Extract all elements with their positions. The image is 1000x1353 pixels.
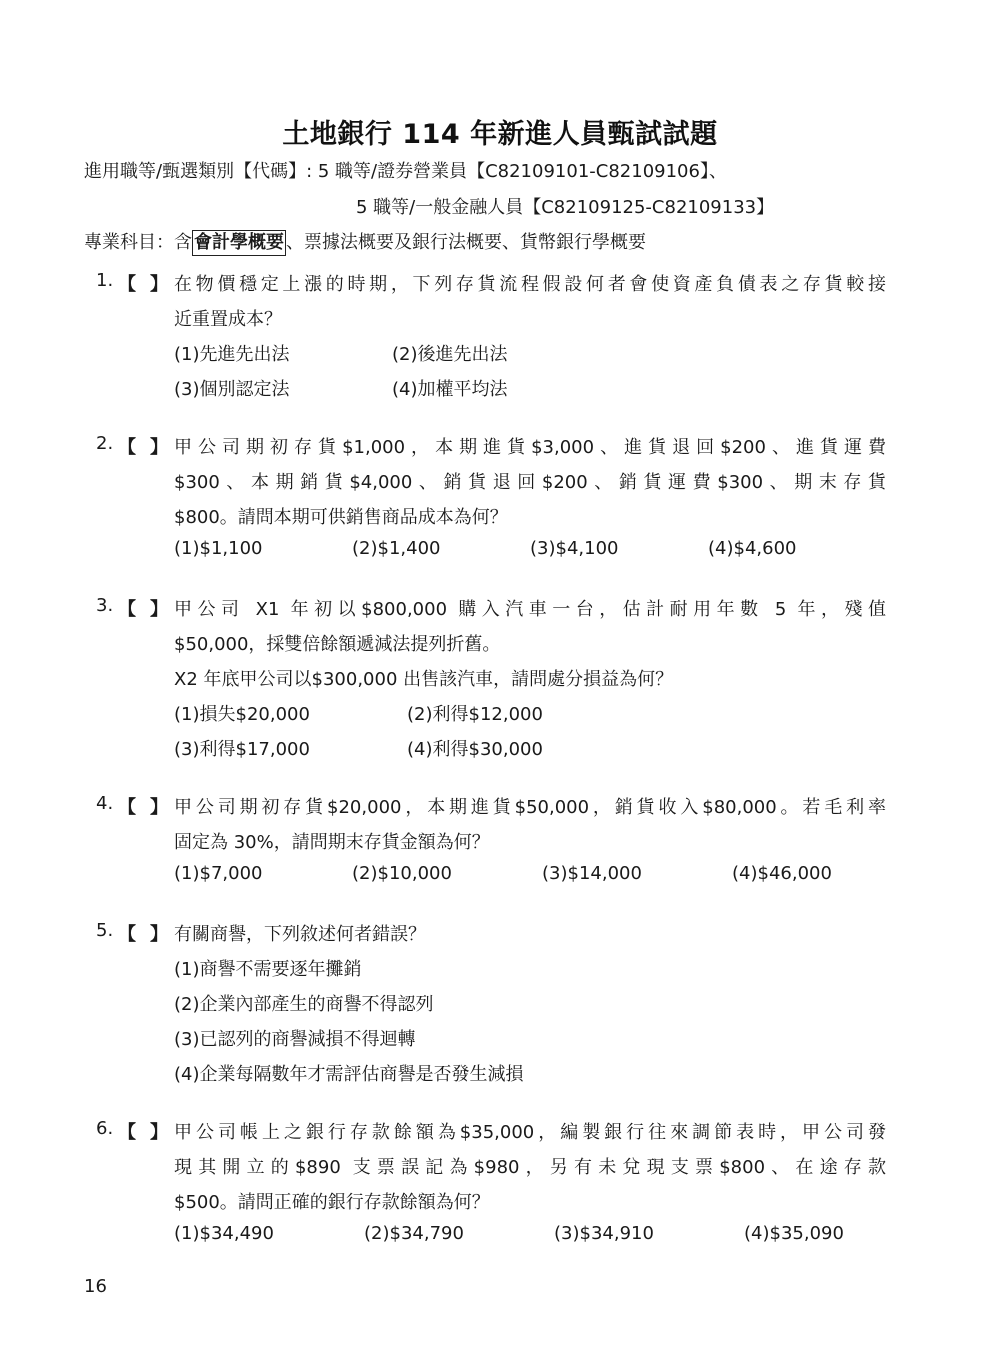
answer-blank[interactable]: 【】	[118, 433, 174, 459]
bracket-close: 】	[150, 595, 168, 621]
option-3: (3)$34,910	[554, 1223, 744, 1258]
question-number: 4.	[96, 793, 118, 814]
page-number: 16	[84, 1276, 107, 1297]
exam-page: 土地銀行 114 年新進人員甄試試題 進用職等/甄選類別【代碼】: 5 職等/證…	[0, 0, 1000, 1353]
bracket-open: 【	[118, 920, 136, 946]
question-text-line: 近重置成本？	[96, 305, 886, 340]
option-4: (4)$4,600	[708, 538, 796, 573]
option-3: (3)已認列的商譽減損不得迴轉	[96, 1025, 886, 1060]
question-text-line: 在物價穩定上漲的時期，下列存貨流程假設何者會使資產負債表之存貨較接	[174, 270, 886, 296]
question-text-line: X2 年底甲公司以$300,000 出售該汽車，請問處分損益為何？	[96, 665, 886, 700]
bracket-close: 】	[150, 1118, 168, 1144]
option-1: (1)$7,000	[174, 863, 352, 898]
bracket-close: 】	[150, 433, 168, 459]
option-2: (2)利得$12,000	[407, 700, 543, 735]
question-text-line: $300、本期銷貨$4,000、銷貨退回$200、銷貨運費$300、期末存貨	[96, 468, 886, 503]
category-line-1: 進用職等/甄選類別【代碼】: 5 職等/證券營業員【C82109101-C821…	[84, 157, 727, 183]
option-3: (3)$14,000	[542, 863, 732, 898]
category-line-2: 5 職等/一般金融人員【C82109125-C82109133】	[356, 193, 774, 219]
question-5: 5. 【】 有關商譽，下列敘述何者錯誤？ (1)商譽不需要逐年攤銷 (2)企業內…	[96, 920, 886, 1095]
question-number: 6.	[96, 1118, 118, 1139]
question-number: 1.	[96, 270, 118, 291]
option-4: (4)$35,090	[744, 1223, 844, 1258]
option-4: (4)利得$30,000	[407, 735, 543, 770]
question-1: 1. 【】 在物價穩定上漲的時期，下列存貨流程假設何者會使資產負債表之存貨較接 …	[96, 270, 886, 410]
question-6: 6. 【】 甲公司帳上之銀行存款餘額為$35,000，編製銀行往來調節表時，甲公…	[96, 1118, 886, 1258]
bracket-open: 【	[118, 595, 136, 621]
subject-prefix: 專業科目：含	[84, 232, 192, 253]
answer-blank[interactable]: 【】	[118, 595, 174, 621]
answer-blank[interactable]: 【】	[118, 793, 174, 819]
question-text-line: 甲公司期初存貨$1,000，本期進貨$3,000、進貨退回$200、進貨運費	[174, 433, 886, 459]
question-text-line: $50,000，採雙倍餘額遞減法提列折舊。	[96, 630, 886, 665]
subject-highlight-box: 會計學概要	[192, 230, 286, 256]
option-4: (4)加權平均法	[392, 375, 508, 410]
bracket-open: 【	[118, 793, 136, 819]
question-text-line: 固定為 30%，請問期末存貨金額為何？	[96, 828, 886, 863]
question-text-line: $800。請問本期可供銷售商品成本為何？	[96, 503, 886, 538]
option-3: (3)利得$17,000	[174, 735, 407, 770]
question-text-line: $500。請問正確的銀行存款餘額為何？	[96, 1188, 886, 1223]
question-text-line: 現其開立的$890 支票誤記為$980，另有未兌現支票$800、在途存款	[96, 1153, 886, 1188]
question-text-line: 有關商譽，下列敘述何者錯誤？	[174, 920, 886, 946]
question-number: 5.	[96, 920, 118, 941]
option-3: (3)個別認定法	[174, 375, 392, 410]
bracket-open: 【	[118, 270, 136, 296]
question-number: 2.	[96, 433, 118, 454]
bracket-open: 【	[118, 1118, 136, 1144]
option-2: (2)後進先出法	[392, 340, 508, 375]
option-2: (2)$34,790	[364, 1223, 554, 1258]
option-3: (3)$4,100	[530, 538, 708, 573]
bracket-close: 】	[150, 920, 168, 946]
question-4: 4. 【】 甲公司期初存貨$20,000，本期進貨$50,000，銷貨收入$80…	[96, 793, 886, 898]
option-4: (4)企業每隔數年才需評估商譽是否發生減損	[96, 1060, 886, 1095]
question-text-line: 甲公司 X1 年初以$800,000 購入汽車一台，估計耐用年數 5 年，殘值	[174, 595, 886, 621]
question-text-line: 甲公司帳上之銀行存款餘額為$35,000，編製銀行往來調節表時，甲公司發	[174, 1118, 886, 1144]
option-2: (2)$1,400	[352, 538, 530, 573]
option-2: (2)$10,000	[352, 863, 542, 898]
answer-blank[interactable]: 【】	[118, 1118, 174, 1144]
question-text-line: 甲公司期初存貨$20,000，本期進貨$50,000，銷貨收入$80,000。若…	[174, 793, 886, 819]
option-1: (1)$34,490	[174, 1223, 364, 1258]
subject-line: 專業科目：含會計學概要、票據法概要及銀行法概要、貨幣銀行學概要	[84, 228, 646, 256]
answer-blank[interactable]: 【】	[118, 920, 174, 946]
question-2: 2. 【】 甲公司期初存貨$1,000，本期進貨$3,000、進貨退回$200、…	[96, 433, 886, 573]
option-2: (2)企業內部產生的商譽不得認列	[96, 990, 886, 1025]
bracket-open: 【	[118, 433, 136, 459]
bracket-close: 】	[150, 270, 168, 296]
option-1: (1)損失$20,000	[174, 700, 407, 735]
subject-suffix: 、票據法概要及銀行法概要、貨幣銀行學概要	[286, 232, 646, 253]
option-1: (1)$1,100	[174, 538, 352, 573]
question-number: 3.	[96, 595, 118, 616]
page-title: 土地銀行 114 年新進人員甄試試題	[0, 112, 1000, 151]
option-4: (4)$46,000	[732, 863, 832, 898]
question-3: 3. 【】 甲公司 X1 年初以$800,000 購入汽車一台，估計耐用年數 5…	[96, 595, 886, 770]
answer-blank[interactable]: 【】	[118, 270, 174, 296]
option-1: (1)先進先出法	[174, 340, 392, 375]
bracket-close: 】	[150, 793, 168, 819]
option-1: (1)商譽不需要逐年攤銷	[96, 955, 886, 990]
